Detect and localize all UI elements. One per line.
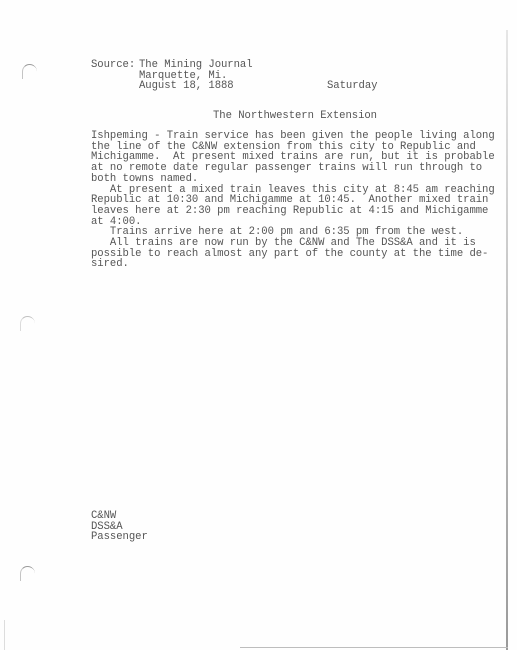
page-edge-shadow bbox=[240, 647, 508, 648]
article-line: both towns named. bbox=[91, 174, 198, 185]
hole-punch-mark bbox=[22, 64, 37, 79]
article-line: All trains are now run by the C&NW and T… bbox=[91, 238, 476, 249]
page-edge-shadow bbox=[506, 30, 508, 650]
article-line: possible to reach almost any part of the… bbox=[91, 249, 488, 260]
source-date: August 18, 1888 bbox=[139, 81, 234, 92]
subject-tag: Passenger bbox=[91, 532, 148, 543]
article-line: Ishpeming - Train service has been given… bbox=[91, 131, 495, 142]
article-line: sired. bbox=[91, 259, 129, 270]
source-publication: The Mining Journal bbox=[139, 60, 253, 71]
article-title: The Northwestern Extension bbox=[213, 111, 377, 122]
hole-punch-mark bbox=[20, 566, 35, 581]
article-line: leaves here at 2:30 pm reaching Republic… bbox=[91, 206, 488, 217]
page-edge-shadow bbox=[4, 620, 5, 650]
subject-tag: C&NW bbox=[91, 511, 116, 522]
source-label: Source: bbox=[91, 60, 135, 71]
hole-punch-mark bbox=[20, 316, 35, 331]
source-day: Saturday bbox=[327, 81, 377, 92]
document-page: Source: The Mining Journal Marquette, Mi… bbox=[0, 0, 517, 650]
